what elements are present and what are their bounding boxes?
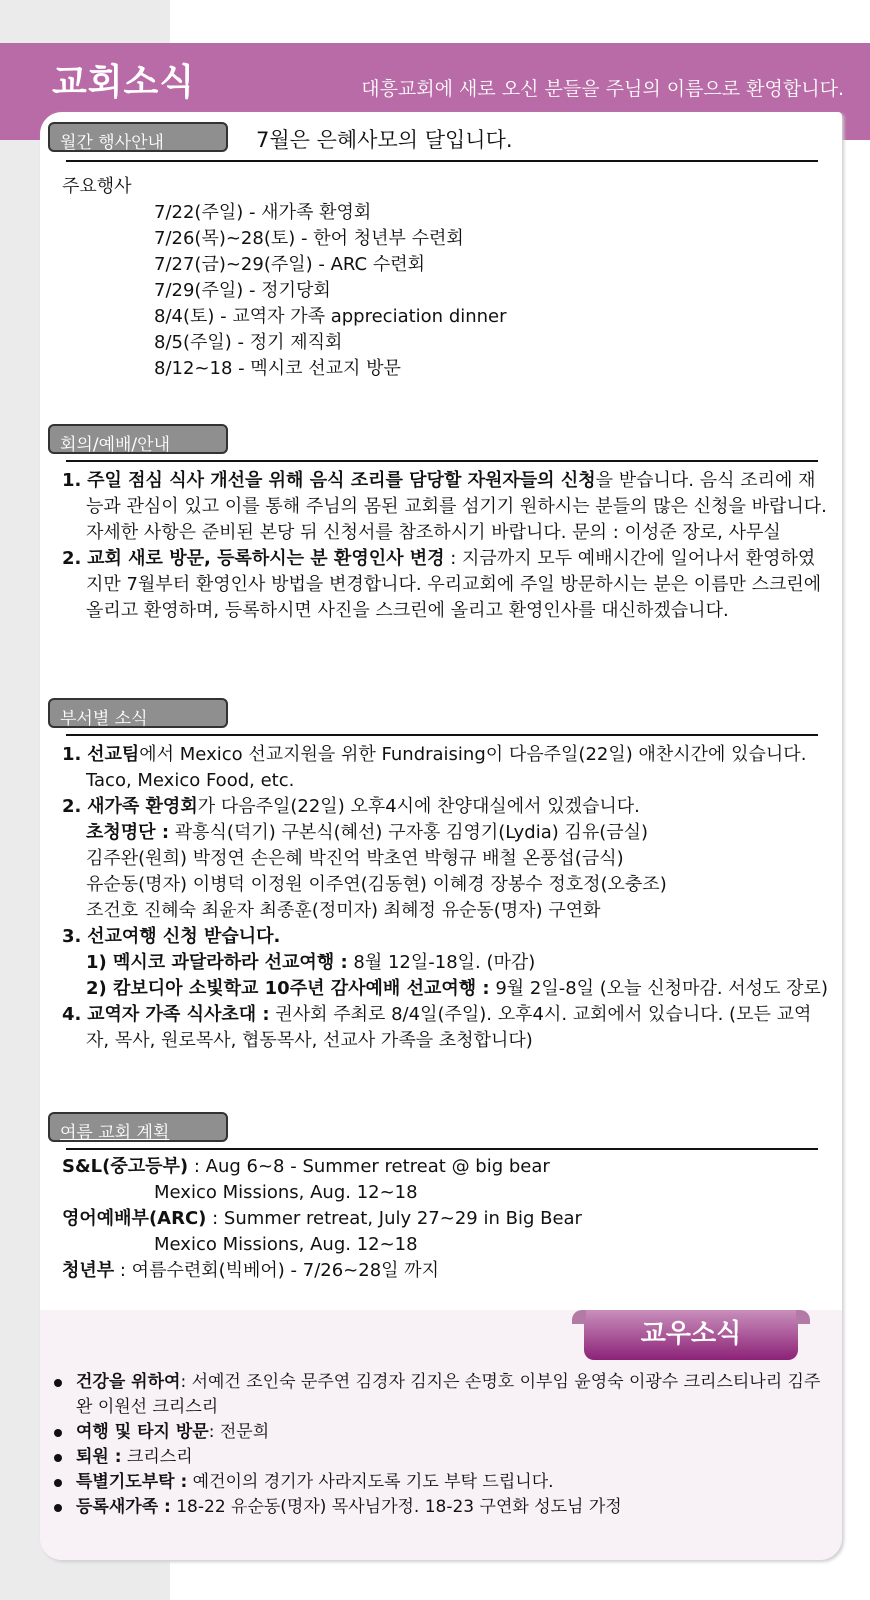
news-text: : 서예건 조인숙 문주연 김경자 김지은 손명호 이부임 윤영숙 이광수 크리… xyxy=(76,1372,820,1417)
plan-detail: : 여름수련회(빅베어) - 7/26~28일 까지 xyxy=(114,1260,439,1281)
item-heading: 선교팀 xyxy=(87,744,139,765)
plan-detail: Mexico Missions, Aug. 12~18 xyxy=(62,1180,832,1206)
news-text: 18-22 유순동(명자) 목사님가정. 18-23 구연화 성도님 가정 xyxy=(171,1497,622,1517)
news-label: 특별기도부탁 : xyxy=(76,1472,187,1492)
event-item: 7/27(금)~29(주일) - ARC 수련회 xyxy=(62,252,507,278)
summer-row: 영어예배부(ARC) : Summer retreat, July 27~29 … xyxy=(62,1206,832,1232)
meeting-item: 2. 교회 새로 방문, 등록하시는 분 환영인사 변경 : 지금까지 모두 예… xyxy=(62,546,832,624)
bullet-icon xyxy=(54,1454,62,1462)
invite-label: 초청명단 : xyxy=(86,822,169,843)
trip-name: 1) 멕시코 과달라하라 선교여행 : xyxy=(86,952,348,973)
dept-block: 1. 선교팀에서 Mexico 선교지원을 위한 Fundraising이 다음… xyxy=(62,742,832,1054)
item-number: 3. xyxy=(62,926,81,947)
trip-name: 2) 캄보디아 소빛학교 10주년 감사예배 선교여행 : xyxy=(86,978,490,999)
item-heading: 교회 새로 방문, 등록하시는 분 환영인사 변경 xyxy=(87,548,444,569)
news-label: 등록새가족 : xyxy=(76,1497,171,1517)
events-heading: 주요행사 xyxy=(62,174,507,200)
item-number: 4. xyxy=(62,1004,81,1025)
news-item: 건강을 위하여: 서예건 조인숙 문주연 김경자 김지은 손명호 이부임 윤영숙… xyxy=(54,1370,824,1420)
trip-detail: 9월 2일-8일 (오늘 신청마감. 서성도 장로) xyxy=(490,978,828,999)
page-title: 교회소식 xyxy=(52,54,195,105)
meeting-block: 1. 주일 점심 식사 개선을 위해 음식 조리를 담당할 자원자들의 신청을 … xyxy=(62,468,832,624)
bullet-icon xyxy=(54,1504,62,1512)
divider xyxy=(66,160,818,162)
item-number: 1. xyxy=(62,744,81,765)
news-item: 특별기도부탁 : 예건이의 경기가 사라지도록 기도 부탁 드립니다. xyxy=(54,1470,824,1495)
section-tag-summer: 여름 교회 계획 xyxy=(48,1112,228,1142)
invite-line: 김주완(원희) 박정연 손은혜 박진억 박초연 박형규 배철 온풍섭(금식) xyxy=(86,848,624,869)
dept-name: 청년부 xyxy=(62,1260,114,1281)
dept-item: 1. 선교팀에서 Mexico 선교지원을 위한 Fundraising이 다음… xyxy=(62,742,832,794)
item-heading: 새가족 환영회 xyxy=(87,796,198,817)
news-item: 퇴원 : 크리스리 xyxy=(54,1445,824,1470)
trip-sub: 1) 멕시코 과달라하라 선교여행 : 8월 12일-18일. (마감) xyxy=(86,950,832,976)
divider xyxy=(66,734,818,736)
news-label: 여행 및 타지 방문 xyxy=(76,1422,209,1442)
invite-line: 조건호 진혜숙 최윤자 최종훈(정미자) 최혜정 유순동(명자) 구연화 xyxy=(86,900,601,921)
item-number: 1. xyxy=(62,470,81,491)
invite-line: 유순동(명자) 이병덕 이정원 이주연(김동현) 이혜경 장봉수 정호정(오충조… xyxy=(86,874,667,895)
invite-line: 곽흥식(덕기) 구본식(혜선) 구자홍 김영기(Lydia) 김유(금실) xyxy=(175,822,648,843)
item-text: 에서 Mexico 선교지원을 위한 Fundraising이 다음주일(22일… xyxy=(86,744,806,791)
dept-item: 4. 교역자 가족 식사초대 : 권사회 주최로 8/4일(주일). 오후4시.… xyxy=(62,1002,832,1054)
meeting-item: 1. 주일 점심 식사 개선을 위해 음식 조리를 담당할 자원자들의 신청을 … xyxy=(62,468,832,546)
item-text: 가 다음주일(22일) 오후4시에 찬양대실에서 있겠습니다. xyxy=(198,796,640,817)
dept-item: 2. 새가족 환영회가 다음주일(22일) 오후4시에 찬양대실에서 있겠습니다… xyxy=(62,794,832,924)
bullet-icon xyxy=(54,1479,62,1487)
summer-row: S&L(중고등부) : Aug 6~8 - Summer retreat @ b… xyxy=(62,1154,832,1180)
dept-name: 영어예배부(ARC) xyxy=(62,1208,206,1229)
item-heading: 주일 점심 식사 개선을 위해 음식 조리를 담당할 자원자들의 신청 xyxy=(87,470,596,491)
event-item: 7/22(주일) - 새가족 환영회 xyxy=(62,200,507,226)
item-number: 2. xyxy=(62,796,81,817)
invite-list: 초청명단 : 곽흥식(덕기) 구본식(혜선) 구자홍 김영기(Lydia) 김유… xyxy=(86,820,832,924)
member-news-tab: 교우소식 xyxy=(584,1310,798,1360)
section-tag-monthly: 월간 행사안내 xyxy=(48,122,228,152)
plan-detail: Mexico Missions, Aug. 12~18 xyxy=(62,1232,832,1258)
dept-item: 3. 선교여행 신청 받습니다. 1) 멕시코 과달라하라 선교여행 : 8월 … xyxy=(62,924,832,1002)
dept-name: S&L(중고등부) xyxy=(62,1156,188,1177)
summer-block: S&L(중고등부) : Aug 6~8 - Summer retreat @ b… xyxy=(62,1154,832,1284)
news-item: 등록새가족 : 18-22 유순동(명자) 목사님가정. 18-23 구연화 성… xyxy=(54,1495,824,1520)
event-item: 8/5(주일) - 정기 제직회 xyxy=(62,330,507,356)
bulletin-card: 월간 행사안내 7월은 은혜사모의 달입니다. 주요행사 7/22(주일) - … xyxy=(40,112,842,1560)
event-item: 8/12~18 - 멕시코 선교지 방문 xyxy=(62,356,507,382)
event-item: 7/29(주일) - 정기당회 xyxy=(62,278,507,304)
events-block: 주요행사 7/22(주일) - 새가족 환영회 7/26(목)~28(토) - … xyxy=(62,174,507,382)
divider xyxy=(66,460,818,462)
event-item: 7/26(목)~28(토) - 한어 청년부 수련회 xyxy=(62,226,507,252)
section-tag-dept: 부서별 소식 xyxy=(48,698,228,728)
item-number: 2. xyxy=(62,548,81,569)
trip-sub: 2) 캄보디아 소빛학교 10주년 감사예배 선교여행 : 9월 2일-8일 (… xyxy=(86,976,832,1002)
plan-detail: : Aug 6~8 - Summer retreat @ big bear xyxy=(188,1156,550,1177)
bullet-icon xyxy=(54,1429,62,1437)
member-news-list: 건강을 위하여: 서예건 조인숙 문주연 김경자 김지은 손명호 이부임 윤영숙… xyxy=(54,1370,824,1520)
news-item: 여행 및 타지 방문: 전문희 xyxy=(54,1420,824,1445)
trip-detail: 8월 12일-18일. (마감) xyxy=(348,952,536,973)
item-heading: 선교여행 신청 받습니다. xyxy=(87,926,280,947)
bullet-icon xyxy=(54,1379,62,1387)
monthly-title: 7월은 은혜사모의 달입니다. xyxy=(256,124,513,154)
news-text: : 전문희 xyxy=(209,1422,269,1442)
summer-row: 청년부 : 여름수련회(빅베어) - 7/26~28일 까지 xyxy=(62,1258,832,1284)
page-subtitle: 대흥교회에 새로 오신 분들을 주님의 이름으로 환영합니다. xyxy=(361,74,844,101)
event-item: 8/4(토) - 교역자 가족 appreciation dinner xyxy=(62,304,507,330)
divider xyxy=(66,1148,818,1150)
news-label: 건강을 위하여 xyxy=(76,1372,180,1392)
news-label: 퇴원 : xyxy=(76,1447,122,1467)
plan-detail: : Summer retreat, July 27~29 in Big Bear xyxy=(206,1208,582,1229)
section-tag-meeting: 회의/예배/안내 xyxy=(48,424,228,454)
news-text: 크리스리 xyxy=(122,1447,193,1467)
item-heading: 교역자 가족 식사초대 : xyxy=(87,1004,270,1025)
news-text: 예건이의 경기가 사라지도록 기도 부탁 드립니다. xyxy=(187,1472,553,1492)
